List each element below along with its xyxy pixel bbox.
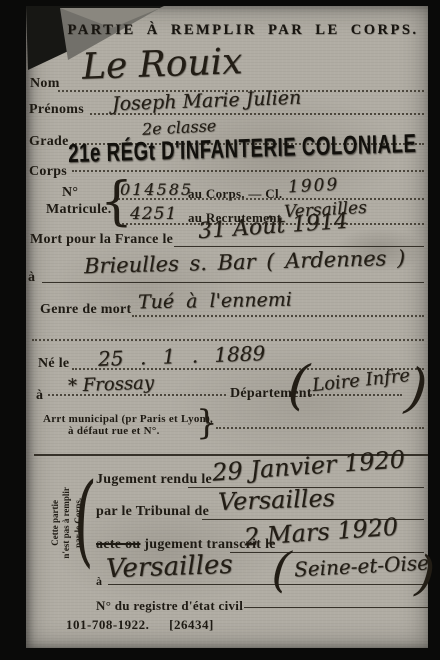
form-title: PARTIE À REMPLIR PAR LE CORPS.	[60, 22, 426, 39]
mort-lieu-rule-line	[42, 282, 424, 283]
mort-lieu-value: Brieulles s. Bar ( Ardennes )	[84, 246, 406, 278]
arrondissement-rule-line	[216, 427, 424, 429]
transcrit-lieu-rule-line	[108, 584, 424, 585]
prenoms-rule-line	[90, 113, 424, 115]
footer-reference: 101-708-1922.	[66, 617, 149, 632]
blank-rule-line	[32, 339, 424, 341]
arrondissement-label-line1: Arrt municipal (pr Paris et Lyon),	[43, 413, 213, 425]
ne-lieu-label: à	[36, 388, 43, 404]
transcrit-dept-paren-close: )	[414, 549, 437, 598]
grade-label: Grade	[29, 134, 69, 150]
departement-rule-line	[310, 394, 402, 396]
jugement-block-brace: (	[72, 468, 97, 570]
transcrit-lieu-value: Versailles	[106, 550, 234, 584]
genre-mort-rule-line	[132, 315, 424, 317]
footer-bracket-number: [26434]	[169, 617, 214, 632]
registre-rule-line	[244, 607, 428, 608]
departement-paren-close: )	[403, 361, 430, 417]
nom-label: Nom	[30, 76, 60, 92]
jugement-rendu-label: Jugement rendu le	[96, 472, 212, 488]
matricule-corps-number: 014585	[120, 180, 193, 199]
departement-paren-open: (	[286, 357, 311, 412]
arrondissement-brace: }	[196, 406, 218, 440]
corps-label: Corps	[29, 164, 67, 180]
ne-lieu-value: * Frossay	[68, 373, 155, 397]
genre-mort-value: Tué à l'ennemi	[138, 289, 292, 314]
ne-le-value: 25 . 1 . 1889	[98, 341, 266, 371]
registre-label: N° du registre d'état civil	[96, 598, 243, 614]
tribunal-value: Versailles	[218, 484, 336, 516]
arrondissement-label-line2: à défaut rue et N°.	[68, 425, 160, 437]
transcrit-dept-value: Seine-et-Oise	[293, 550, 429, 581]
tribunal-label: par le Tribunal de	[96, 504, 209, 520]
matricule-recrutement-number: 4251	[130, 204, 177, 224]
matricule-no-label: N°	[62, 185, 78, 201]
transcrit-lieu-label: à	[96, 574, 102, 589]
transcrit-dept-paren-open: (	[270, 545, 292, 594]
scanned-document: PARTIE À REMPLIR PAR LE CORPS. Nom Le Ro…	[0, 0, 440, 660]
prenoms-label: Prénoms	[29, 102, 84, 118]
side-note-line2: n'est pas à remplir	[61, 462, 72, 584]
transcrit-label-struck: acte ou	[96, 537, 140, 552]
side-note-line1: Cette partie	[50, 462, 61, 584]
ne-lieu-rule-line	[48, 394, 226, 396]
jugement-rendu-value: 29 Janvier 1920	[211, 445, 406, 486]
genre-mort-label: Genre de mort	[40, 302, 132, 318]
nom-value: Le Rouix	[81, 41, 243, 88]
corps-regiment-stamp: 21e RÉGt D'INFANTERIE COLONIALE	[68, 130, 417, 170]
footer-reference-row: 101-708-1922. [26434]	[66, 617, 214, 633]
mort-lieu-label: à	[28, 270, 35, 286]
ne-le-label: Né le	[38, 356, 69, 372]
matricule-line1-rule	[118, 198, 424, 200]
matricule-classe-value: 1909	[288, 175, 340, 198]
record-card: PARTIE À REMPLIR PAR LE CORPS. Nom Le Ro…	[26, 6, 428, 648]
mort-label: Mort pour la France le	[30, 232, 173, 248]
